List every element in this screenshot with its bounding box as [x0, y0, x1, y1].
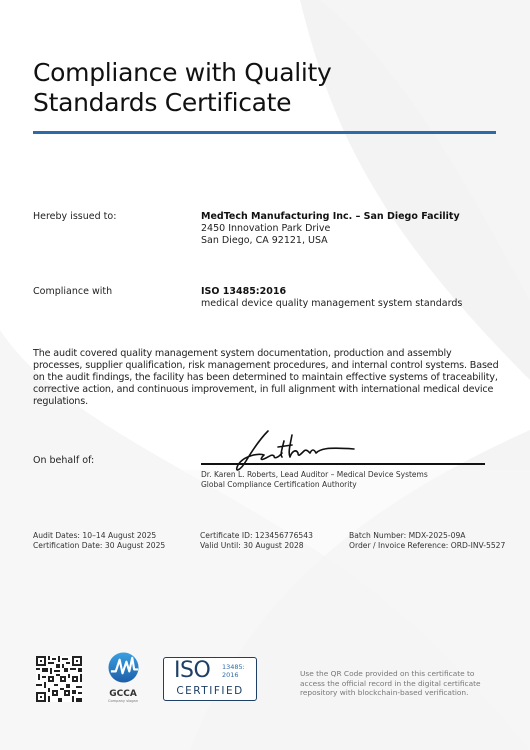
- iso-text: ISO: [174, 658, 210, 684]
- audit-summary: The audit covered quality management sys…: [33, 348, 503, 408]
- batch-block: Batch Number: MDX-2025-09A Order / Invoi…: [349, 531, 505, 551]
- certification-date: Certification Date: 30 August 2025: [33, 541, 165, 551]
- signature-line: [201, 463, 485, 465]
- address-line-2: San Diego, CA 92121, USA: [201, 235, 460, 247]
- gcca-slogan: Company slogan: [103, 699, 143, 704]
- title-line-2: Standards Certificate: [33, 88, 332, 118]
- gcca-name: GCCA: [103, 689, 143, 699]
- signer-name: Dr. Karen L. Roberts, Lead Auditor – Med…: [201, 470, 428, 480]
- compliance-block: ISO 13485:2016 medical device quality ma…: [201, 286, 462, 310]
- gcca-wave-icon: [108, 652, 139, 683]
- title-line-1: Compliance with Quality: [33, 58, 332, 88]
- signature-icon: [230, 425, 370, 475]
- compliance-label: Compliance with: [33, 286, 112, 297]
- standard-name: ISO 13485:2016: [201, 286, 286, 297]
- title-divider: [33, 131, 496, 134]
- issued-to-block: MedTech Manufacturing Inc. – San Diego F…: [201, 211, 460, 247]
- certificate-id-block: Certificate ID: 123456776543 Valid Until…: [200, 531, 313, 551]
- address-line-1: 2450 Innovation Park Drive: [201, 223, 460, 235]
- certificate-title: Compliance with Quality Standards Certif…: [33, 58, 332, 118]
- qr-verification-note: Use the QR Code provided on this certifi…: [300, 669, 500, 698]
- order-reference: Order / Invoice Reference: ORD-INV-5527: [349, 541, 505, 551]
- iso-standard: 13485: 2016: [222, 663, 245, 679]
- certificate-id: Certificate ID: 123456776543: [200, 531, 313, 541]
- batch-number: Batch Number: MDX-2025-09A: [349, 531, 505, 541]
- issued-to-label: Hereby issued to:: [33, 211, 116, 222]
- valid-until: Valid Until: 30 August 2028: [200, 541, 313, 551]
- iso-standard-line-2: 2016: [222, 671, 245, 679]
- signer-organization: Global Compliance Certification Authorit…: [201, 480, 428, 490]
- company-name: MedTech Manufacturing Inc. – San Diego F…: [201, 211, 460, 222]
- gcca-logo: GCCA Company slogan: [103, 652, 143, 704]
- on-behalf-label: On behalf of:: [33, 455, 94, 466]
- signer-block: Dr. Karen L. Roberts, Lead Auditor – Med…: [201, 470, 428, 490]
- audit-dates-block: Audit Dates: 10–14 August 2025 Certifica…: [33, 531, 165, 551]
- iso-certified-text: CERTIFIED: [164, 685, 256, 697]
- iso-standard-line-1: 13485:: [222, 663, 245, 671]
- audit-dates: Audit Dates: 10–14 August 2025: [33, 531, 165, 541]
- qr-code-icon[interactable]: [36, 656, 82, 702]
- certificate-page: Compliance with Quality Standards Certif…: [0, 0, 530, 750]
- iso-certified-badge: ISO 13485: 2016 CERTIFIED: [163, 657, 257, 701]
- standard-description: medical device quality management system…: [201, 298, 462, 310]
